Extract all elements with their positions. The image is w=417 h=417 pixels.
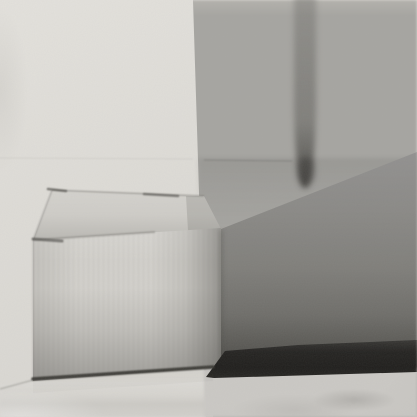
vignette-overlay [0,0,417,417]
artwork-canvas [0,0,417,417]
